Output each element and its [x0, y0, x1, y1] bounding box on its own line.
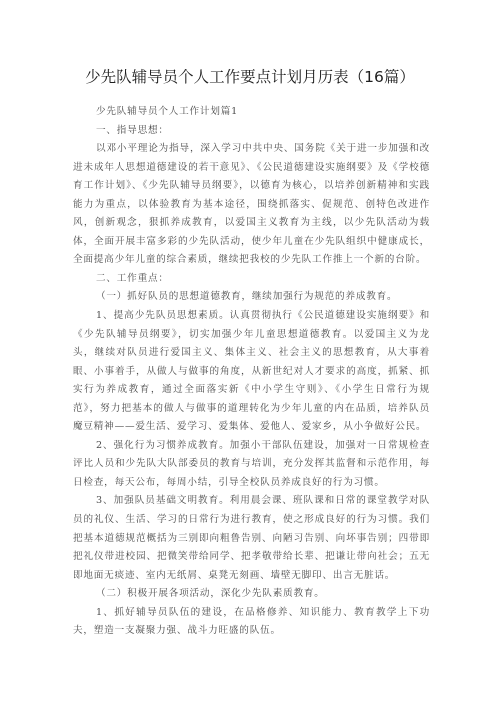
- subheading-moral-education: （一）抓好队员的思想道德教育，继续加强行为规范的养成教育。: [73, 288, 430, 307]
- section-subtitle: 少先队辅导员个人工作计划篇1: [73, 103, 430, 122]
- document-body: 少先队辅导员个人工作计划篇1 一、指导思想： 以邓小平理论为指导，深入学习中共中…: [73, 103, 430, 641]
- paragraph-guiding-ideology: 以邓小平理论为指导，深入学习中共中央、国务院《关于进一步加强和改进未成年人思想道…: [73, 140, 430, 270]
- paragraph-item-2: 2、强化行为习惯养成教育。加强小干部队伍建设，加强对一日常规检查评比人员和少先队…: [73, 437, 430, 493]
- heading-work-focus: 二、工作重点：: [73, 270, 430, 289]
- paragraph-item-3: 3、加强队员基础文明教育。利用晨会课、班队课和日常的课堂教学对队员的礼仪、生活、…: [73, 492, 430, 585]
- heading-guiding-ideology: 一、指导思想：: [73, 122, 430, 141]
- paragraph-item-1: 1、提高少先队员思想素质。认真贯彻执行《公民道德建设实施纲要》和《少先队辅导员纲…: [73, 307, 430, 437]
- paragraph-activities-item-1: 1、抓好辅导员队伍的建设，在品格修养、知识能力、教育教学上下功夫，塑造一支凝聚力…: [73, 604, 430, 641]
- document-page: 少先队辅导员个人工作要点计划月历表（16篇） 少先队辅导员个人工作计划篇1 一、…: [0, 0, 500, 707]
- subheading-activities: （二）积极开展各项活动，深化少先队素质教育。: [73, 585, 430, 604]
- document-title: 少先队辅导员个人工作要点计划月历表（16篇）: [0, 66, 500, 88]
